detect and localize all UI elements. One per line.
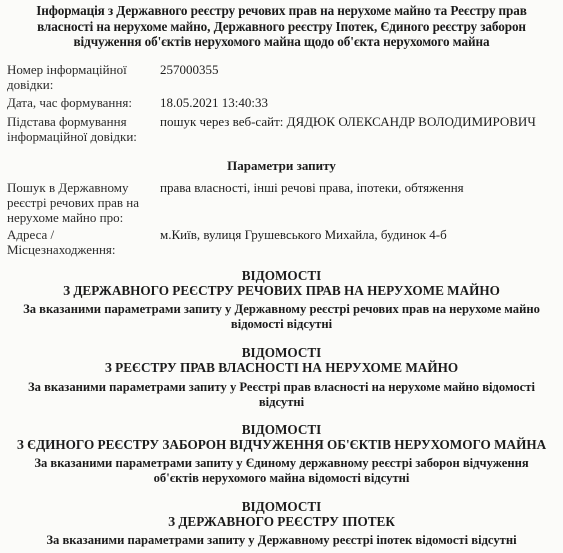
field-value: пошук через веб-сайт: ДЯДЮК ОЛЕКСАНДР ВО…: [160, 114, 536, 129]
section-1-subheading: З ДЕРЖАВНОГО РЕЄСТРУ РЕЧОВИХ ПРАВ НА НЕР…: [0, 283, 563, 298]
parameters-heading: Параметри запиту: [0, 158, 563, 173]
field-value: м.Київ, вулиця Грушевського Михайла, буд…: [160, 227, 447, 242]
field-label: Номер інформаційної довідки:: [7, 62, 155, 92]
section-2-subheading: З РЕЄСТРУ ПРАВ ВЛАСНОСТІ НА НЕРУХОМЕ МАЙ…: [0, 360, 563, 375]
field-label: Пошук в Державному реєстрі речових прав …: [7, 180, 155, 225]
field-label: Адреса / Місцезнаходження:: [7, 227, 155, 257]
section-3-subheading: З ЄДИНОГО РЕЄСТРУ ЗАБОРОН ВІДЧУЖЕННЯ ОБ'…: [0, 437, 563, 452]
field-value: 257000355: [160, 62, 219, 77]
section-4-body: За вказаними параметрами запиту у Держав…: [20, 533, 543, 548]
section-2-heading: ВІДОМОСТІ: [0, 345, 563, 360]
section-4-heading: ВІДОМОСТІ: [0, 499, 563, 514]
section-3-heading: ВІДОМОСТІ: [0, 422, 563, 437]
field-label: Підстава формування інформаційної довідк…: [7, 114, 155, 144]
section-2-body: За вказаними параметрами запиту у Реєстр…: [20, 380, 543, 410]
field-value: 18.05.2021 13:40:33: [160, 95, 268, 110]
section-4-subheading: З ДЕРЖАВНОГО РЕЄСТРУ ІПОТЕК: [0, 514, 563, 529]
field-label: Дата, час формування:: [7, 95, 155, 110]
document-title: Інформація з Державного реєстру речових …: [20, 3, 543, 50]
section-1-body: За вказаними параметрами запиту у Держав…: [20, 302, 543, 332]
section-3-body: За вказаними параметрами запиту у Єдином…: [20, 456, 543, 486]
field-value: права власності, інші речові права, іпот…: [160, 180, 464, 195]
section-1-heading: ВІДОМОСТІ: [0, 268, 563, 283]
registry-extract-document: Інформація з Державного реєстру речових …: [0, 0, 563, 553]
